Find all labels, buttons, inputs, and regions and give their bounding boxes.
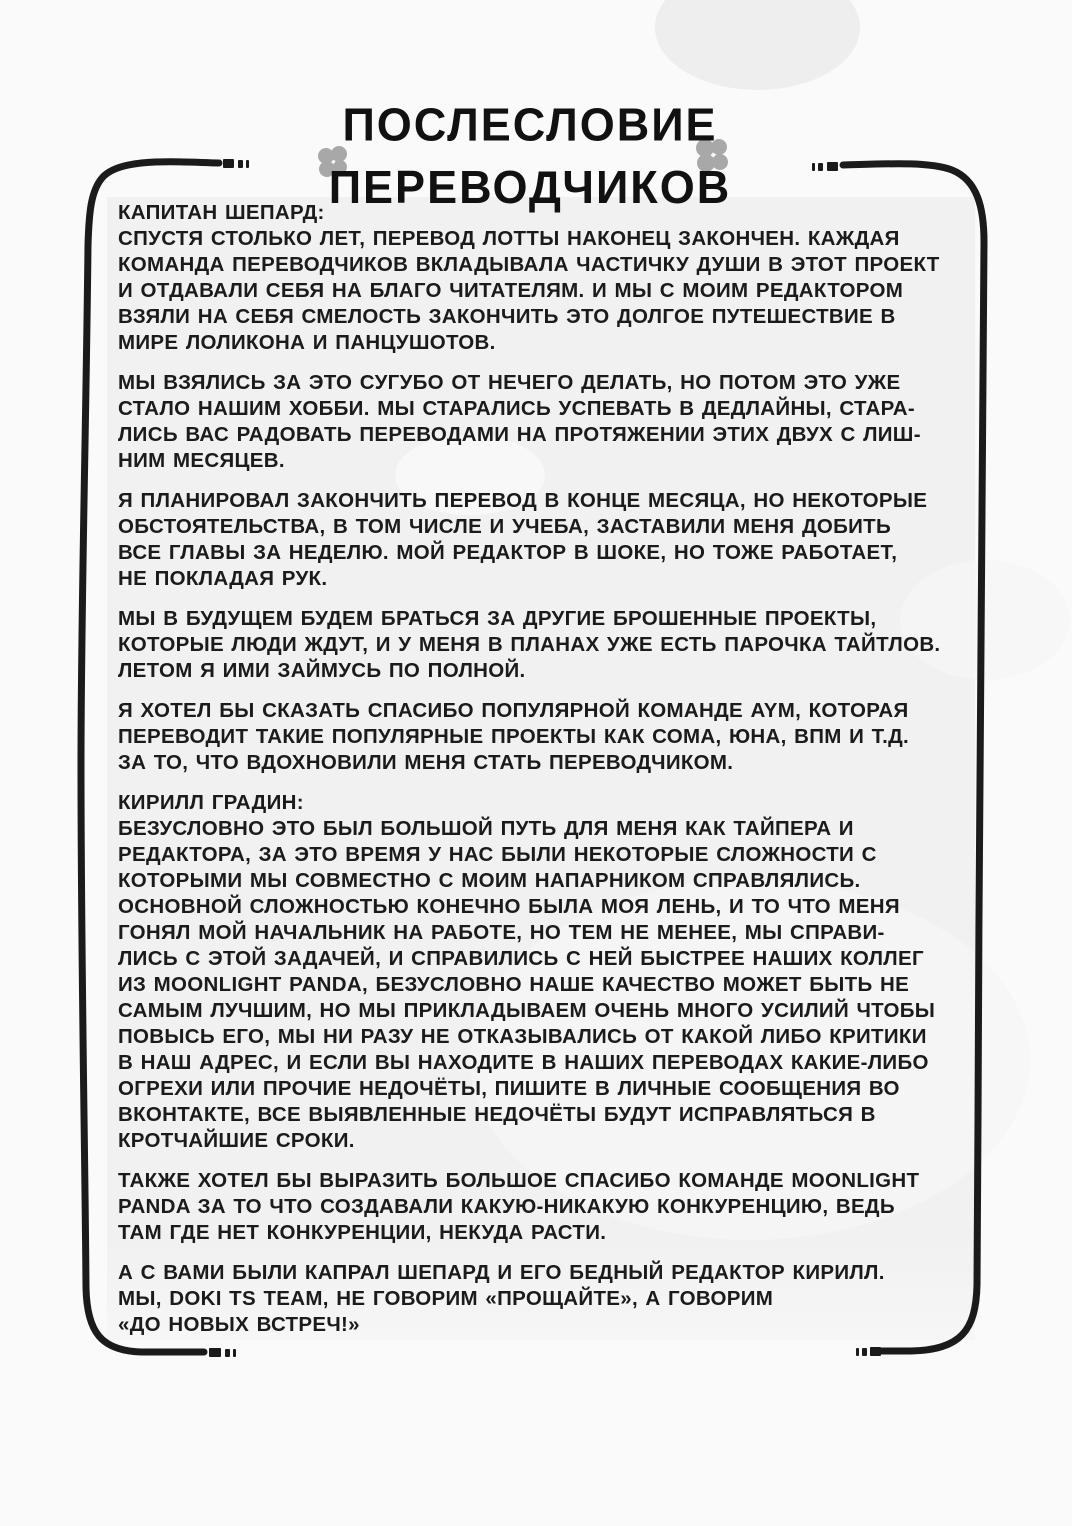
afterword-paragraph-kirill-intro: КИРИЛЛ ГРАДИН: БЕЗУСЛОВНО ЭТО БЫЛ БОЛЬШО… (118, 790, 956, 1154)
afterword-paragraph-shepard-intro: КАПИТАН ШЕПАРД: СПУСТЯ СТОЛЬКО ЛЕТ, ПЕРЕ… (118, 200, 956, 356)
afterword-paragraph: Я ХОТЕЛ БЫ СКАЗАТЬ СПАСИБО ПОПУЛЯРНОЙ КО… (118, 698, 956, 776)
afterword-paragraph-farewell: А С ВАМИ БЫЛИ КАПРАЛ ШЕПАРД И ЕГО БЕДНЫЙ… (118, 1260, 956, 1338)
afterword-paragraph: Я ПЛАНИРОВАЛ ЗАКОНЧИТЬ ПЕРЕВОД В КОНЦЕ М… (118, 488, 956, 592)
manga-afterword-page: ПОСЛЕСЛОВИЕ ПЕРЕВОДЧИКОВ КАПИТАН ШЕПАРД:… (0, 0, 1072, 1526)
afterword-text: КАПИТАН ШЕПАРД: СПУСТЯ СТОЛЬКО ЛЕТ, ПЕРЕ… (118, 200, 956, 1352)
frame-dashes-top-left (223, 159, 249, 168)
page-title-line1: ПОСЛЕСЛОВИЕ (300, 94, 760, 156)
afterword-paragraph: МЫ ВЗЯЛИСЬ ЗА ЭТО СУГУБО ОТ НЕЧЕГО ДЕЛАТ… (118, 370, 956, 474)
afterword-paragraph: ТАКЖЕ ХОТЕЛ БЫ ВЫРАЗИТЬ БОЛЬШОЕ СПАСИБО … (118, 1168, 956, 1246)
afterword-paragraph: МЫ В БУДУЩЕМ БУДЕМ БРАТЬСЯ ЗА ДРУГИЕ БРО… (118, 606, 956, 684)
frame-dashes-top-right (812, 162, 838, 171)
